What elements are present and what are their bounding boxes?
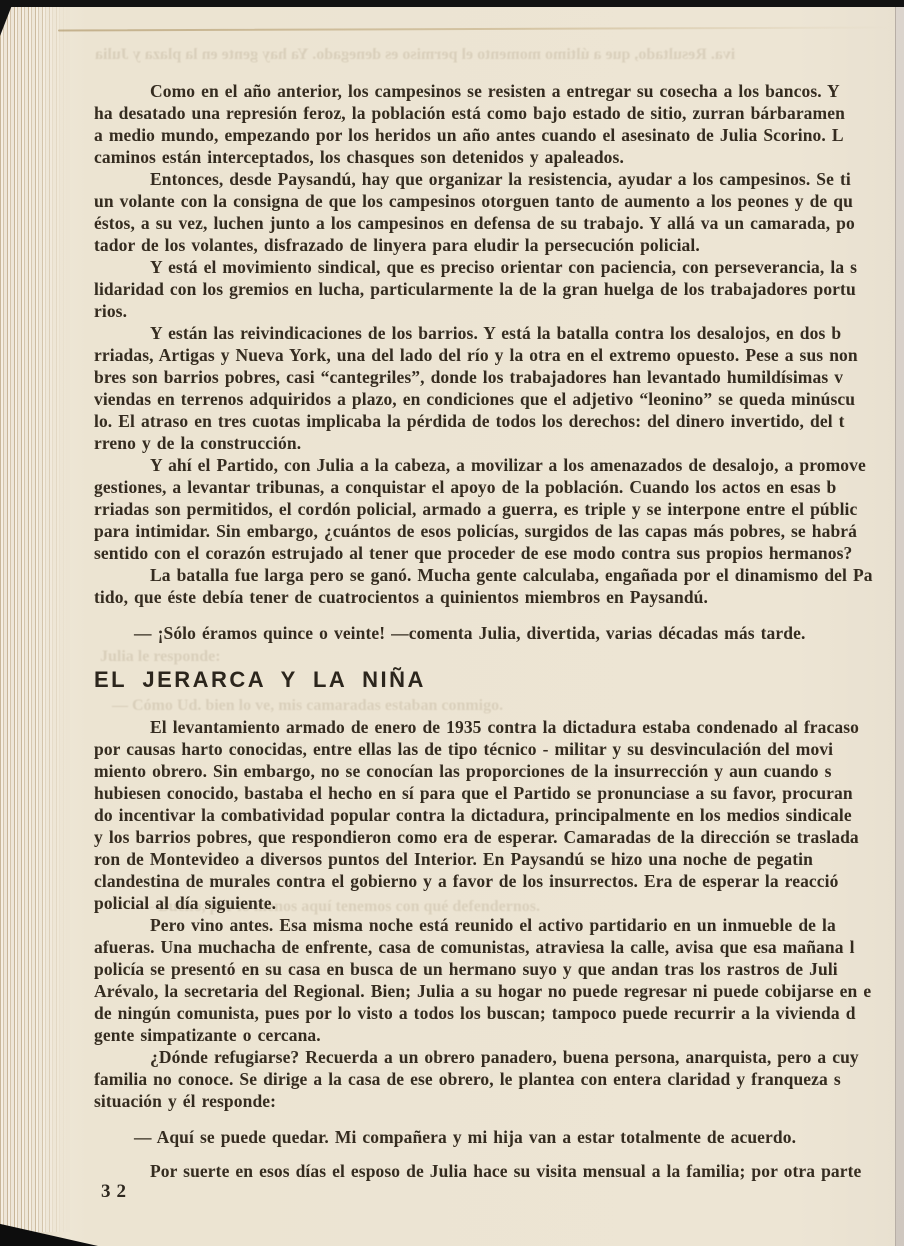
paragraph: El levantamiento armado de enero de 1935…: [94, 716, 892, 914]
text-line: viendas en terrenos adquiridos a plazo, …: [94, 388, 892, 410]
text-line: clandestina de murales contra el gobiern…: [94, 870, 892, 892]
text-line: de ningún comunista, pues por lo visto a…: [94, 1002, 892, 1024]
text-line: éstos, a su vez, luchen junto a los camp…: [94, 212, 892, 234]
paragraph: Y está el movimiento sindical, que es pr…: [94, 256, 892, 322]
text-line: do incentivar la combatividad popular co…: [94, 804, 892, 826]
text-line: ¿Dónde refugiarse? Recuerda a un obrero …: [94, 1046, 892, 1068]
text-line: Entonces, desde Paysandú, hay que organi…: [94, 168, 892, 190]
text-line: Y está el movimiento sindical, que es pr…: [94, 256, 892, 278]
page-text: Como en el año anterior, los campesinos …: [94, 80, 892, 1182]
text-line: — ¡Sólo éramos quince o veinte! —comenta…: [94, 622, 892, 644]
scan-right-edge: [895, 7, 904, 1246]
paragraph: Como en el año anterior, los campesinos …: [94, 80, 892, 168]
text-line: Y están las reivindicaciones de los barr…: [94, 322, 892, 344]
dialogue-paragraph: — ¡Sólo éramos quince o veinte! —comenta…: [94, 622, 892, 644]
text-line: afueras. Una muchacha de enfrente, casa …: [94, 936, 892, 958]
text-line: Pero vino antes. Esa misma noche está re…: [94, 914, 892, 936]
text-line: para intimidar. Sin embargo, ¿cuántos de…: [94, 520, 892, 542]
text-line: El levantamiento armado de enero de 1935…: [94, 716, 892, 738]
text-line: policía se presentó en su casa en busca …: [94, 958, 892, 980]
page-number: 32: [101, 1181, 132, 1203]
text-line: gente simpatizante o cercana.: [94, 1024, 892, 1046]
paragraph: La batalla fue larga pero se ganó. Mucha…: [94, 564, 892, 608]
paragraph: Y ahí el Partido, con Julia a la cabeza,…: [94, 454, 892, 564]
text-line: rios.: [94, 300, 892, 322]
scanned-book-page: iva. Resultado, que a último momento el …: [0, 0, 904, 1246]
text-line: situación y él responde:: [94, 1090, 892, 1112]
text-line: caminos están interceptados, los chasque…: [94, 146, 892, 168]
paragraph: Y están las reivindicaciones de los barr…: [94, 322, 892, 454]
text-line: tador de los volantes, disfrazado de lin…: [94, 234, 892, 256]
text-line: rreno y de la construcción.: [94, 432, 892, 454]
text-line: rriadas, Artigas y Nueva York, una del l…: [94, 344, 892, 366]
text-line: lo. El atraso en tres cuotas implicaba l…: [94, 410, 892, 432]
text-line: ron de Montevideo a diversos puntos del …: [94, 848, 892, 870]
text-line: Arévalo, la secretaria del Regional. Bie…: [94, 980, 892, 1002]
paragraph: Entonces, desde Paysandú, hay que organi…: [94, 168, 892, 256]
text-line: bres son barrios pobres, casi “cantegril…: [94, 366, 892, 388]
text-line: sentido con el corazón estrujado al tene…: [94, 542, 892, 564]
text-line: La batalla fue larga pero se ganó. Mucha…: [94, 564, 892, 586]
page-edge-stack: [0, 7, 70, 1232]
text-line: ha desatado una represión feroz, la pobl…: [94, 102, 892, 124]
text-line: policial al día siguiente.: [94, 892, 892, 914]
text-line: miento obrero. Sin embargo, no se conocí…: [94, 760, 892, 782]
text-line: — Aquí se puede quedar. Mi compañera y m…: [94, 1126, 892, 1148]
paragraph: ¿Dónde refugiarse? Recuerda a un obrero …: [94, 1046, 892, 1112]
text-line: por causas harto conocidas, entre ellas …: [94, 738, 892, 760]
text-line: Como en el año anterior, los campesinos …: [94, 80, 892, 102]
text-line: rriadas son permitidos, el cordón polici…: [94, 498, 892, 520]
text-line: a medio mundo, empezando por los heridos…: [94, 124, 892, 146]
text-line: un volante con la consigna de que los ca…: [94, 190, 892, 212]
scanner-background-top: [0, 0, 904, 7]
text-line: lidaridad con los gremios en lucha, part…: [94, 278, 892, 300]
section-heading: EL JERARCA Y LA NIÑA: [94, 666, 892, 694]
text-line: gestiones, a levantar tribunas, a conqui…: [94, 476, 892, 498]
paragraph: Por suerte en esos días el esposo de Jul…: [94, 1160, 892, 1182]
text-line: Por suerte en esos días el esposo de Jul…: [94, 1160, 892, 1182]
dialogue-paragraph: — Aquí se puede quedar. Mi compañera y m…: [94, 1126, 892, 1148]
text-line: tido, que éste debía tener de cuatrocien…: [94, 586, 892, 608]
text-line: familia no conoce. Se dirige a la casa d…: [94, 1068, 892, 1090]
text-line: y los barrios pobres, que respondieron c…: [94, 826, 892, 848]
text-line: Y ahí el Partido, con Julia a la cabeza,…: [94, 454, 892, 476]
paragraph: Pero vino antes. Esa misma noche está re…: [94, 914, 892, 1046]
text-line: hubiesen conocido, bastaba el hecho en s…: [94, 782, 892, 804]
